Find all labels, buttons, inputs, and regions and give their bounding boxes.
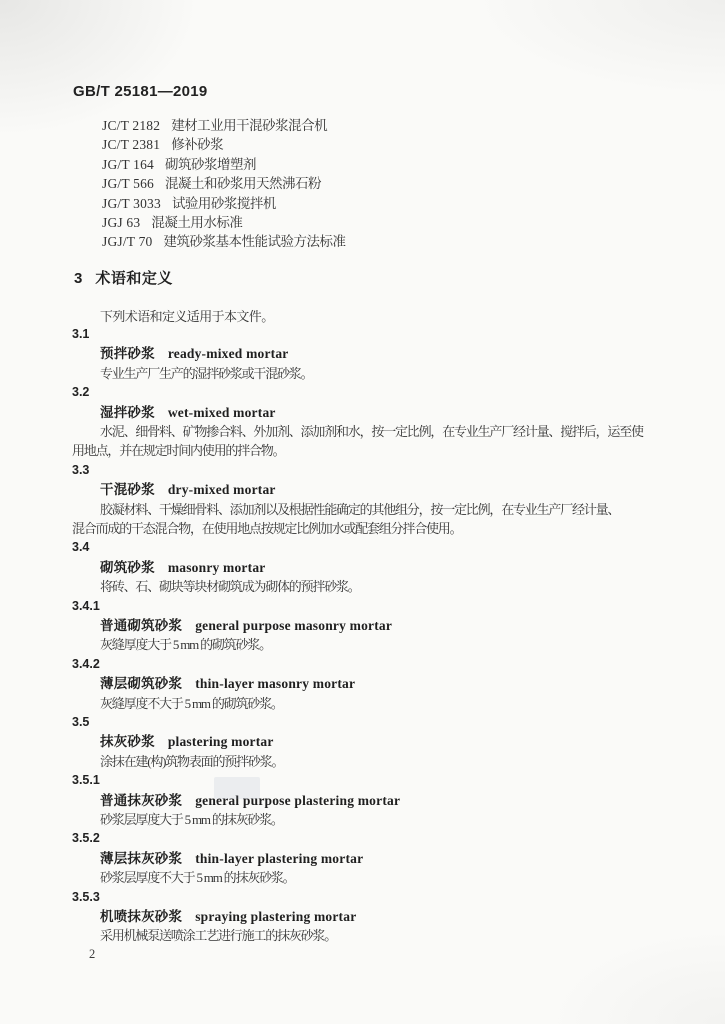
term-chinese: 薄层砌筑砂浆: [100, 676, 182, 691]
term-definition: 涂抹在建(构)筑物表面的预拌砂浆。: [72, 752, 643, 771]
term-entry: 3.4.2 薄层砌筑砂浆thin-layer masonry mortar 灰缝…: [72, 655, 643, 713]
clause-number: 3.4.1: [72, 597, 643, 616]
clause-number: 3.3: [72, 461, 643, 480]
term-english: thin-layer plastering mortar: [195, 851, 363, 866]
term-title: 机喷抹灰砂浆spraying plastering mortar: [72, 907, 643, 926]
term-title: 普通砌筑砂浆general purpose masonry mortar: [72, 616, 643, 635]
term-definition: 采用机械泵送喷涂工艺进行施工的抹灰砂浆。: [72, 926, 643, 945]
clause-number: 3.4: [72, 538, 643, 557]
reference-title: 混凝土用水标准: [151, 215, 242, 230]
term-title: 砌筑砂浆masonry mortar: [72, 558, 643, 577]
term-english: thin-layer masonry mortar: [195, 676, 355, 691]
term-definition: 水泥、细骨料、矿物掺合料、外加剂、添加剂和水，按一定比例，在专业生产厂经计量、搅…: [72, 422, 643, 461]
clause-number: 3.5.1: [72, 771, 643, 790]
term-english: plastering mortar: [168, 734, 274, 749]
section-number: 3: [74, 270, 82, 287]
term-definition: 灰缝厚度大于 5 mm 的砌筑砂浆。: [72, 635, 643, 654]
reference-code: JG/T 164: [102, 157, 154, 172]
clause-number: 3.1: [72, 325, 643, 344]
clause-number: 3.2: [72, 383, 643, 402]
term-entry: 3.5.1 普通抹灰砂浆general purpose plastering m…: [72, 771, 643, 829]
term-entry: 3.3 干混砂浆dry-mixed mortar 胶凝材料、干燥细骨料、添加剂以…: [72, 461, 643, 539]
reference-code: JG/T 3033: [102, 196, 161, 211]
term-english: wet-mixed mortar: [168, 405, 276, 420]
term-definition: 灰缝厚度不大于 5 mm 的砌筑砂浆。: [72, 694, 643, 713]
reference-item: JG/T 164砌筑砂浆增塑剂: [102, 155, 346, 174]
reference-code: JC/T 2381: [102, 137, 160, 152]
reference-item: JC/T 2182建材工业用干混砂浆混合机: [102, 116, 346, 135]
term-entry: 3.5 抹灰砂浆plastering mortar 涂抹在建(构)筑物表面的预拌…: [72, 713, 643, 771]
term-entry: 3.5.3 机喷抹灰砂浆spraying plastering mortar 采…: [72, 888, 643, 946]
reference-title: 建材工业用干混砂浆混合机: [171, 118, 327, 133]
term-chinese: 预拌砂浆: [100, 346, 155, 361]
term-chinese: 抹灰砂浆: [100, 734, 155, 749]
term-title: 普通抹灰砂浆general purpose plastering mortar: [72, 791, 643, 810]
clause-number: 3.5.3: [72, 888, 643, 907]
term-entry: 3.4.1 普通砌筑砂浆general purpose masonry mort…: [72, 597, 643, 655]
term-title: 预拌砂浆ready-mixed mortar: [72, 344, 643, 363]
reference-title: 修补砂浆: [171, 137, 223, 152]
term-chinese: 普通砌筑砂浆: [100, 618, 182, 633]
term-chinese: 砌筑砂浆: [100, 560, 155, 575]
term-definition: 砂浆层厚度不大于 5 mm 的抹灰砂浆。: [72, 868, 643, 887]
term-chinese: 普通抹灰砂浆: [100, 793, 182, 808]
reference-item: JGJ 63混凝土用水标准: [102, 213, 346, 232]
term-entry: 3.4 砌筑砂浆masonry mortar 将砖、石、砌块等块材砌筑成为砌体的…: [72, 538, 643, 596]
term-english: spraying plastering mortar: [195, 909, 356, 924]
term-english: dry-mixed mortar: [168, 482, 276, 497]
reference-item: JG/T 3033试验用砂浆搅拌机: [102, 194, 346, 213]
reference-title: 建筑砂浆基本性能试验方法标准: [164, 234, 346, 249]
term-chinese: 机喷抹灰砂浆: [100, 909, 182, 924]
term-chinese: 干混砂浆: [100, 482, 155, 497]
reference-code: JGJ 63: [102, 215, 140, 230]
normative-references-list: JC/T 2182建材工业用干混砂浆混合机 JC/T 2381修补砂浆 JG/T…: [102, 116, 346, 252]
term-title: 薄层抹灰砂浆thin-layer plastering mortar: [72, 849, 643, 868]
term-entry: 3.2 湿拌砂浆wet-mixed mortar 水泥、细骨料、矿物掺合料、外加…: [72, 383, 643, 461]
reference-title: 砌筑砂浆增塑剂: [165, 157, 256, 172]
section-heading: 3术语和定义: [74, 267, 173, 288]
reference-title: 混凝土和砂浆用天然沸石粉: [165, 176, 321, 191]
section-intro: 下列术语和定义适用于本文件。: [72, 306, 274, 325]
reference-item: JC/T 2381修补砂浆: [102, 135, 346, 154]
term-definition: 专业生产厂生产的湿拌砂浆或干混砂浆。: [72, 364, 643, 383]
term-english: masonry mortar: [168, 560, 266, 575]
term-definition: 胶凝材料、干燥细骨料、添加剂以及根据性能确定的其他组分，按一定比例，在专业生产厂…: [72, 500, 643, 539]
clause-number: 3.5: [72, 713, 643, 732]
document-page: { "page": { "standard_code": "GB/T 25181…: [0, 0, 725, 1024]
reference-item: JGJ/T 70建筑砂浆基本性能试验方法标准: [102, 232, 346, 251]
term-chinese: 薄层抹灰砂浆: [100, 851, 182, 866]
clause-number: 3.5.2: [72, 829, 643, 848]
term-definition: 将砖、石、砌块等块材砌筑成为砌体的预拌砂浆。: [72, 577, 643, 596]
term-definition: 砂浆层厚度大于 5 mm 的抹灰砂浆。: [72, 810, 643, 829]
term-chinese: 湿拌砂浆: [100, 405, 155, 420]
terms-and-definitions: 3.1 预拌砂浆ready-mixed mortar 专业生产厂生产的湿拌砂浆或…: [72, 325, 643, 946]
term-english: ready-mixed mortar: [168, 346, 289, 361]
term-entry: 3.1 预拌砂浆ready-mixed mortar 专业生产厂生产的湿拌砂浆或…: [72, 325, 643, 383]
scan-smudge-artifact: [214, 777, 260, 799]
page-number: 2: [89, 947, 95, 962]
reference-code: JGJ/T 70: [102, 234, 153, 249]
term-entry: 3.5.2 薄层抹灰砂浆thin-layer plastering mortar…: [72, 829, 643, 887]
term-english: general purpose masonry mortar: [195, 618, 392, 633]
term-title: 湿拌砂浆wet-mixed mortar: [72, 403, 643, 422]
standard-code-header: GB/T 25181—2019: [73, 83, 208, 100]
reference-code: JG/T 566: [102, 176, 154, 191]
reference-title: 试验用砂浆搅拌机: [172, 196, 276, 211]
term-title: 抹灰砂浆plastering mortar: [72, 732, 643, 751]
reference-item: JG/T 566混凝土和砂浆用天然沸石粉: [102, 174, 346, 193]
reference-code: JC/T 2182: [102, 118, 160, 133]
term-title: 干混砂浆dry-mixed mortar: [72, 480, 643, 499]
clause-number: 3.4.2: [72, 655, 643, 674]
section-title: 术语和定义: [95, 271, 173, 287]
term-title: 薄层砌筑砂浆thin-layer masonry mortar: [72, 674, 643, 693]
